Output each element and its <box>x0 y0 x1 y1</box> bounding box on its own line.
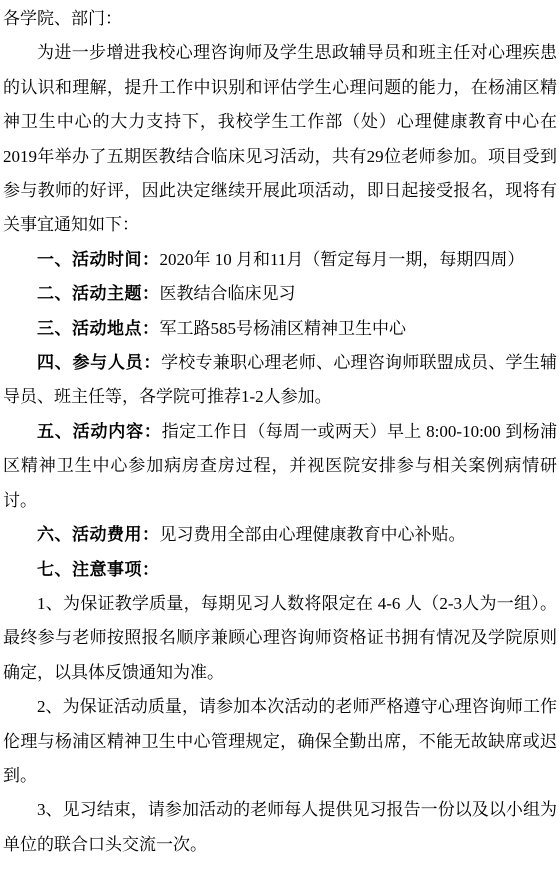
section-activity-content: 五、活动内容：指定工作日（每周一或两天）早上 8:00-10:00 到杨浦区精神… <box>3 415 557 518</box>
section-text: 军工路585号杨浦区精神卫生中心 <box>160 319 407 338</box>
salutation: 各学院、部门： <box>3 2 557 36</box>
note-item-3: 3、见习结束，请参加活动的老师每人提供见习报告一份以及以小组为单位的联合口头交流… <box>3 793 557 862</box>
section-label: 七、注意事项： <box>37 560 160 579</box>
section-activity-theme: 二、活动主题：医教结合临床见习 <box>3 277 557 311</box>
intro-text: 为进一步增进我校心理咨询师及学生思政辅导员和班主任对心理疾患的认识和理解，提升工… <box>3 43 557 234</box>
section-text: 2020年 10 月和11月（暂定每月一期，每期四周） <box>160 250 525 269</box>
note-text: 2、为保证活动质量，请参加本次活动的老师严格遵守心理咨询师工作伦理与杨浦区精神卫… <box>3 697 557 785</box>
section-label: 一、活动时间： <box>37 250 160 269</box>
section-activity-location: 三、活动地点：军工路585号杨浦区精神卫生中心 <box>3 312 557 346</box>
section-label: 五、活动内容： <box>37 422 162 441</box>
note-text: 3、见习结束，请参加活动的老师每人提供见习报告一份以及以小组为单位的联合口头交流… <box>3 800 557 853</box>
section-participants: 四、参与人员：学校专兼职心理老师、心理咨询师联盟成员、学生辅导员、班主任等，各学… <box>3 346 557 415</box>
notice-document: 各学院、部门： 为进一步增进我校心理咨询师及学生思政辅导员和班主任对心理疾患的认… <box>0 0 559 894</box>
note-item-1: 1、为保证教学质量，每期见习人数将限定在 4-6 人（2-3人为一组）。最终参与… <box>3 587 557 690</box>
note-item-2: 2、为保证活动质量，请参加本次活动的老师严格遵守心理咨询师工作伦理与杨浦区精神卫… <box>3 690 557 793</box>
section-label: 四、参与人员： <box>37 353 161 372</box>
section-label: 六、活动费用： <box>37 525 160 544</box>
section-text: 见习费用全部由心理健康教育中心补贴。 <box>160 525 466 544</box>
section-activity-time: 一、活动时间：2020年 10 月和11月（暂定每月一期，每期四周） <box>3 243 557 277</box>
salutation-text: 各学院、部门： <box>3 9 122 28</box>
section-label: 二、活动主题： <box>37 284 160 303</box>
intro-paragraph: 为进一步增进我校心理咨询师及学生思政辅导员和班主任对心理疾患的认识和理解，提升工… <box>3 36 557 242</box>
section-text: 医教结合临床见习 <box>160 284 296 303</box>
section-label: 三、活动地点： <box>37 319 160 338</box>
section-activity-fee: 六、活动费用：见习费用全部由心理健康教育中心补贴。 <box>3 518 557 552</box>
section-notes-heading: 七、注意事项： <box>3 553 557 587</box>
note-text: 1、为保证教学质量，每期见习人数将限定在 4-6 人（2-3人为一组）。最终参与… <box>3 594 557 682</box>
